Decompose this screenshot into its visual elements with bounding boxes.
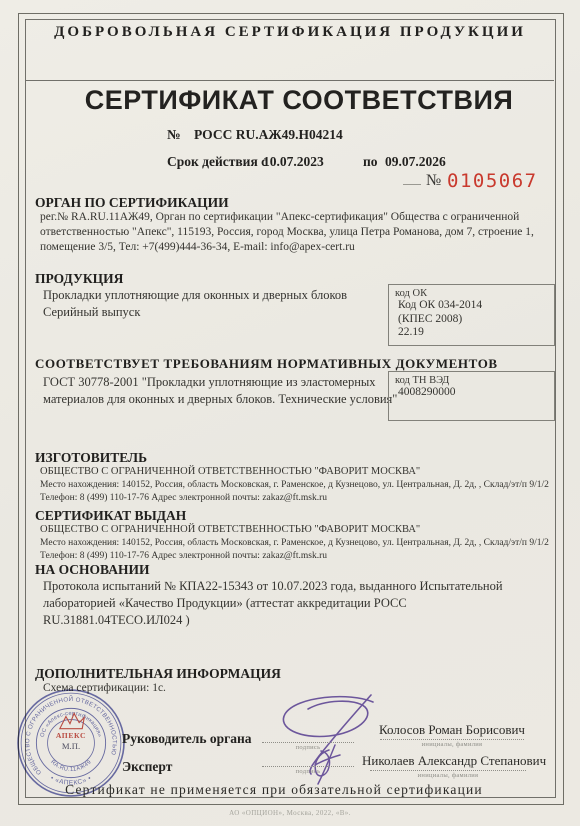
head-role-label: Руководитель органа <box>122 731 252 747</box>
validity-label: Срок действия с <box>167 154 267 170</box>
text-line: Телефон: 8 (499) 110-17-76 Адрес электро… <box>40 493 327 503</box>
ok-code-line: Код ОК 034-2014 <box>389 299 554 313</box>
ok-code-line: (КПЕС 2008) <box>389 313 554 327</box>
form-number-label: № <box>426 172 441 190</box>
section-heading-certification-body: ОРГАН ПО СЕРТИФИКАЦИИ <box>35 195 229 211</box>
expert-name: Николаев Александр Степанович <box>362 753 534 769</box>
header-divider <box>26 80 554 81</box>
text-line: Прокладки уплотняющие для оконных и двер… <box>43 288 347 303</box>
page-title: СЕРТИФИКАТ СООТВЕТСТВИЯ <box>26 85 554 116</box>
text-line: Место нахождения: 140152, Россия, област… <box>40 538 549 548</box>
name-caption: инициалы, фамилия <box>380 741 524 748</box>
form-number-dash <box>403 184 421 185</box>
ok-code-box: код ОК Код ОК 034-2014 (КПЕС 2008) 22.19 <box>388 284 555 346</box>
section-heading-product: ПРОДУКЦИЯ <box>35 271 123 287</box>
valid-to-label: по <box>363 154 378 170</box>
reg-number-value: РОСС RU.АЖ49.Н04214 <box>194 127 343 143</box>
head-name-line <box>380 739 524 740</box>
text-line: ОБЩЕСТВО С ОГРАНИЧЕННОЙ ОТВЕТСТВЕННОСТЬЮ… <box>40 524 420 535</box>
text-line: рег.№ RA.RU.11АЖ49, Орган по сертификаци… <box>40 211 519 223</box>
text-line: лабораторией «Качество Продукции» (аттес… <box>43 596 407 611</box>
stamp-center-text: АПЕКС <box>56 731 86 740</box>
name-caption: инициалы, фамилия <box>370 772 526 779</box>
expert-name-line <box>370 770 526 771</box>
form-number-red: 0105067 <box>447 170 538 192</box>
ok-code-line: 22.19 <box>389 326 554 340</box>
text-line: ОБЩЕСТВО С ОГРАНИЧЕННОЙ ОТВЕТСТВЕННОСТЬЮ… <box>40 466 420 477</box>
section-heading-basis: НА ОСНОВАНИИ <box>35 562 149 578</box>
text-line: ответственностью "Апекс", 115193, Россия… <box>40 226 534 238</box>
valid-from-date: 10.07.2023 <box>263 154 324 170</box>
text-line: RU.31881.04ТЕСО.ИЛ024 ) <box>43 613 190 628</box>
print-note: АО «ОПЦИОН», Москва, 2022, «В». <box>0 809 580 817</box>
stamp-mp-text: М.П. <box>62 741 80 751</box>
section-heading-conformity: СООТВЕТСТВУЕТ ТРЕБОВАНИЯМ НОРМАТИВНЫХ ДО… <box>35 356 498 372</box>
valid-to-date: 09.07.2026 <box>385 154 446 170</box>
text-line: Телефон: 8 (499) 110-17-76 Адрес электро… <box>40 551 327 561</box>
reg-number-label: № <box>167 127 181 143</box>
ok-code-label: код ОК <box>389 285 554 299</box>
tnved-code-label: код ТН ВЭД <box>389 372 554 386</box>
expert-signature-line <box>262 766 354 767</box>
text-line: Протокола испытаний № КПА22-15343 от 10.… <box>43 579 503 594</box>
text-line: материалов для оконных и дверных блоков.… <box>43 392 397 407</box>
signature-caption: подпись <box>262 744 354 751</box>
text-line: помещение 3/5, Тел: +7(499)444-36-34, E-… <box>40 241 355 253</box>
signature-caption: подпись <box>262 768 354 775</box>
text-line: ГОСТ 30778-2001 "Прокладки уплотняющие и… <box>43 375 376 390</box>
head-name: Колосов Роман Борисович <box>372 722 532 738</box>
tnved-code-box: код ТН ВЭД 4008290000 <box>388 371 555 421</box>
disclaimer-text: Сертификат не применяется при обязательн… <box>14 782 534 798</box>
tnved-code-line: 4008290000 <box>389 386 554 400</box>
text-line: Место нахождения: 140152, Россия, област… <box>40 480 549 490</box>
expert-role-label: Эксперт <box>122 759 172 775</box>
section-heading-additional-info: ДОПОЛНИТЕЛЬНАЯ ИНФОРМАЦИЯ <box>35 666 281 682</box>
section-heading-manufacturer: ИЗГОТОВИТЕЛЬ <box>35 450 147 466</box>
certificate-page: ДОБРОВОЛЬНАЯ СЕРТИФИКАЦИЯ ПРОДУКЦИИ СЕРТ… <box>0 0 580 826</box>
head-signature-line <box>262 742 354 743</box>
section-heading-issued-to: СЕРТИФИКАТ ВЫДАН <box>35 508 186 524</box>
text-line: Серийный выпуск <box>43 305 140 320</box>
header-banner: ДОБРОВОЛЬНАЯ СЕРТИФИКАЦИЯ ПРОДУКЦИИ <box>26 24 554 41</box>
